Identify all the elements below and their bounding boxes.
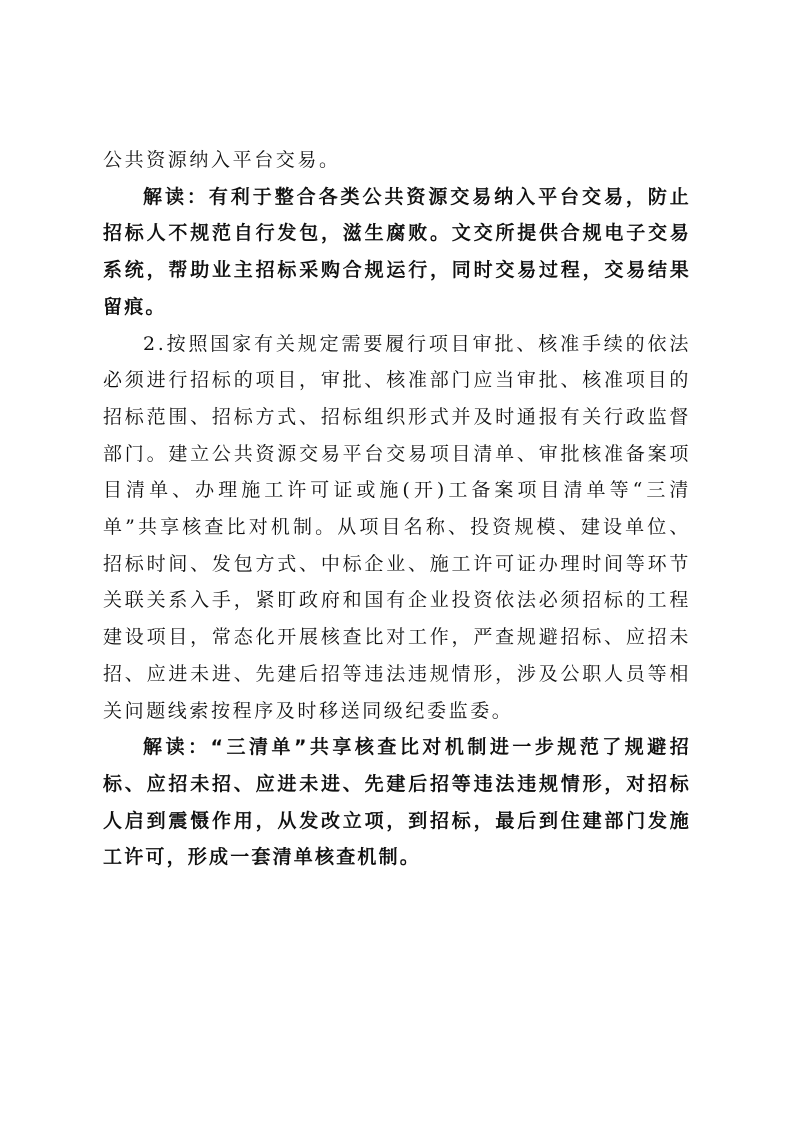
paragraph-continuation: 公共资源纳入平台交易。 [103,142,691,179]
paragraph-interpretation-2: 解读：“三清单”共享核查比对机制进一步规范了规避招标、应招未招、应进未进、先建后… [103,729,691,876]
paragraph-interpretation-1: 解读：有利于整合各类公共资源交易纳入平台交易，防止招标人不规范自行发包，滋生腐败… [103,179,691,326]
document-page: 公共资源纳入平台交易。 解读：有利于整合各类公共资源交易纳入平台交易，防止招标人… [103,142,691,876]
interpretation-label: 解读： [143,736,210,758]
paragraph-clause-2: 2.按照国家有关规定需要履行项目审批、核准手续的依法必须进行招标的项目，审批、核… [103,326,691,730]
interpretation-label: 解读： [143,186,209,208]
